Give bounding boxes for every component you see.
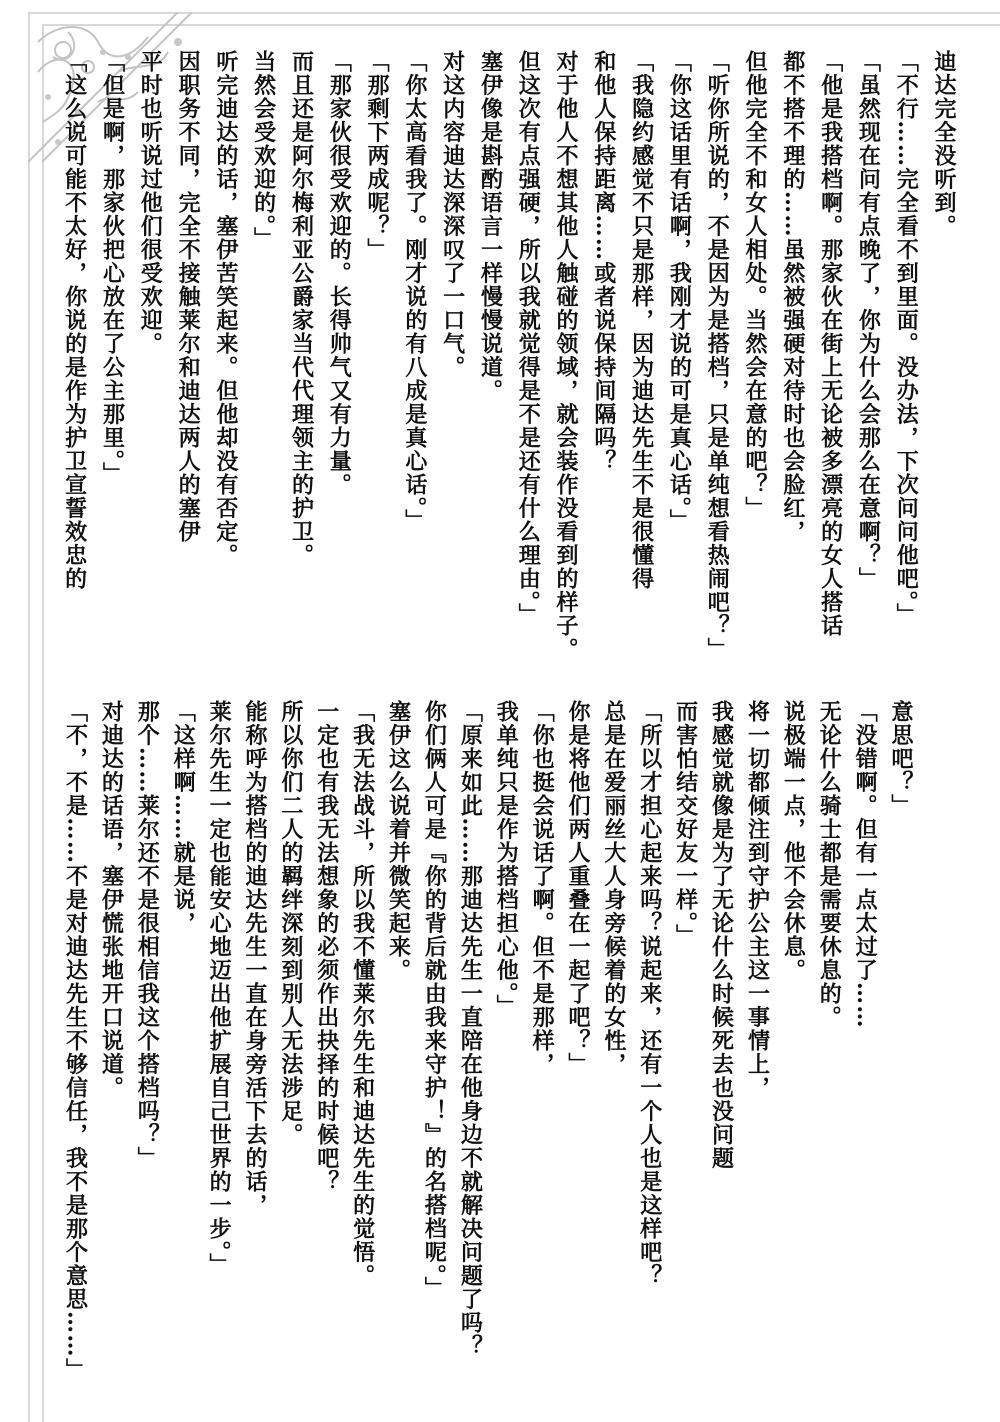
text-block-bottom: 意思吧？」 「没错啊。但有一点太过了…… 无论什么骑士都是需要休息的。 说极端一… bbox=[57, 700, 918, 1360]
text-column: 但他完全不和女人相处。当然会在意的吧？」 bbox=[735, 50, 773, 690]
text-column: 「这样啊……就是说， bbox=[164, 700, 200, 1360]
frame-border-inner-left bbox=[42, 24, 44, 1422]
text-column: 我单纯只是作为搭档担心他。」 bbox=[487, 700, 523, 1360]
text-column: 无论什么骑士都是需要休息的。 bbox=[810, 700, 846, 1360]
text-column: 「那剩下两成呢？」 bbox=[357, 50, 395, 690]
text-column: 都不搭不理的……虽然被强硬对待时也会脸红， bbox=[773, 50, 811, 690]
text-column: 「这么说可能不太好，你说的是作为护卫宣誓效忠的 bbox=[55, 50, 93, 690]
text-column: 「我无法战斗，所以我不懂莱尔先生和迪达先生的觉悟。 bbox=[344, 700, 380, 1360]
text-column: 你们俩人可是『你的背后就由我来守护！』的名搭档呢。」 bbox=[416, 700, 452, 1360]
text-column: 总是在爱丽丝大人身旁候着的女性， bbox=[595, 700, 631, 1360]
text-column: 对这内容迪达深深叹了一口气。 bbox=[433, 50, 471, 690]
text-column: 莱尔先生一定也能安心地迈出他扩展自己世界的一步。」 bbox=[200, 700, 236, 1360]
text-column: 因职务不同，完全不接触莱尔和迪达两人的塞伊 bbox=[168, 50, 206, 690]
text-column: 当然会受欢迎的。」 bbox=[244, 50, 282, 690]
text-column: 而且还是阿尔梅利亚公爵家当代代理领主的护卫。 bbox=[282, 50, 320, 690]
text-column: 「不行……完全看不到里面。没办法，下次问问他吧。」 bbox=[886, 50, 924, 690]
text-column: 所以你们二人的羁绊深刻到别人无法涉足。 bbox=[272, 700, 308, 1360]
text-column: 「你这话里有话啊，我刚才说的可是真心话。」 bbox=[660, 50, 698, 690]
text-column: 「他是我搭档啊。那家伙在街上无论被多漂亮的女人搭话 bbox=[811, 50, 849, 690]
text-block-top: 迪达完全没听到。 「不行……完全看不到里面。没办法，下次问问他吧。」 「虽然现在… bbox=[55, 50, 962, 690]
text-column: 对迪达的话语，塞伊慌张地开口说道。 bbox=[93, 700, 129, 1360]
text-column: 「我隐约感觉不只是那样，因为迪达先生不是很懂得 bbox=[622, 50, 660, 690]
text-column: 塞伊这么说着并微笑起来。 bbox=[380, 700, 416, 1360]
frame-border-outer-left bbox=[28, 12, 30, 1422]
text-column: 「虽然现在问有点晚了，你为什么会那么在意啊？」 bbox=[849, 50, 887, 690]
text-column: 和他人保持距离……或者说保持间隔吗？ bbox=[584, 50, 622, 690]
text-column: 塞伊像是斟酌语言一样慢慢说道。 bbox=[471, 50, 509, 690]
text-column: 你是将他们两人重叠在一起了吧？」 bbox=[559, 700, 595, 1360]
text-column: 「听你所说的，不是因为是搭档，只是单纯想看热闹吧？」 bbox=[697, 50, 735, 690]
text-column: 一定也有我无法想象的必须作出抉择的时候吧？ bbox=[308, 700, 344, 1360]
text-column: 「没错啊。但有一点太过了…… bbox=[846, 700, 882, 1360]
text-column: 意思吧？」 bbox=[882, 700, 918, 1360]
text-column: 「但是啊，那家伙把心放在了公主那里。」 bbox=[93, 50, 131, 690]
text-column: 对于他人不想其他人触碰的领域，就会装作没看到的样子。 bbox=[546, 50, 584, 690]
text-column: 而害怕结交好友一样。」 bbox=[667, 700, 703, 1360]
text-column: 「那家伙很受欢迎的。长得帅气又有力量。 bbox=[319, 50, 357, 690]
text-column: 说极端一点，他不会休息。 bbox=[774, 700, 810, 1360]
text-column: 听完迪达的话，塞伊苦笑起来。但他却没有否定。 bbox=[206, 50, 244, 690]
text-column: 迪达完全没听到。 bbox=[924, 50, 962, 690]
text-column: 那个……莱尔还不是很相信我这个搭档吗？」 bbox=[128, 700, 164, 1360]
text-column: 平时也听说过他们很受欢迎。 bbox=[130, 50, 168, 690]
text-column: 能称呼为搭档的迪达先生一直在身旁活下去的话， bbox=[236, 700, 272, 1360]
text-column: 我感觉就像是为了无论什么时候死去也没问题 bbox=[703, 700, 739, 1360]
text-column: 「你太高看我了。刚才说的有八成是真心话。」 bbox=[395, 50, 433, 690]
text-column: 「原来如此……那迪达先生一直陪在他身边不就解决问题了吗？ bbox=[451, 700, 487, 1360]
text-column: 「所以才担心起来吗？说起来，还有一个人也是这样吧？ bbox=[631, 700, 667, 1360]
text-column: 将一切都倾注到守护公主这一事情上， bbox=[739, 700, 775, 1360]
text-column: 「你也挺会说话了啊。但不是那样， bbox=[523, 700, 559, 1360]
text-column: 「不，不是……不是对迪达先生不够信任，我不是那个意思……」 bbox=[57, 700, 93, 1360]
text-column: 但这次有点强硬，所以我就觉得是不是还有什么理由。」 bbox=[508, 50, 546, 690]
